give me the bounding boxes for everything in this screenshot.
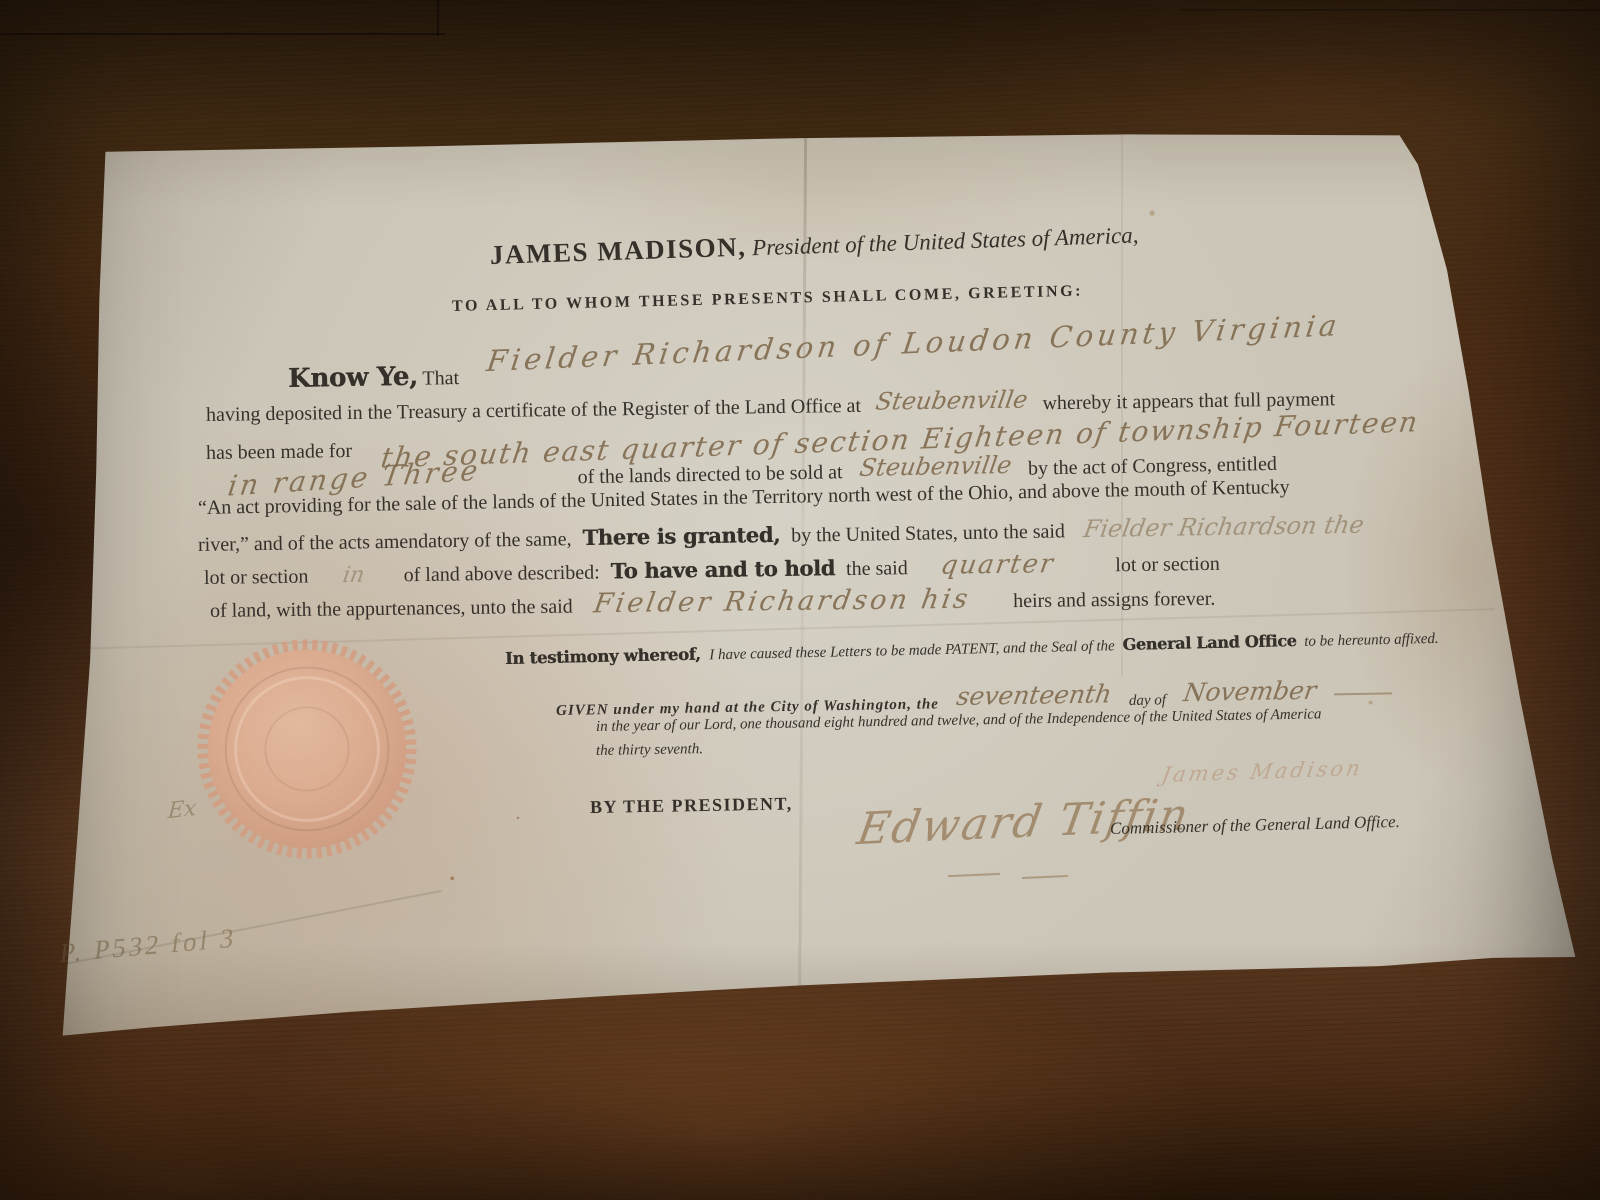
affixed-text: to be hereunto affixed. — [1304, 631, 1439, 650]
general-land-office-seal — [188, 626, 426, 868]
wood-plank-seam — [0, 33, 445, 35]
that-text: That — [422, 367, 459, 390]
appurtenances-text: of land, with the appurtenances, unto th… — [210, 596, 573, 622]
in-testimony-blackletter: In testimony whereof, — [505, 645, 701, 668]
made-for-text: has been made for — [206, 440, 352, 464]
handwritten-land-office-2: Steubenville — [857, 451, 1013, 482]
pen-flourish — [1334, 692, 1392, 695]
handwritten-grantee-2: Fielder Richardson the — [1082, 511, 1366, 543]
handwritten-land-office: Steubenville — [874, 385, 1030, 415]
there-is-granted-blackletter: There is granted, — [582, 522, 780, 550]
handwritten-seal-note: Ex — [167, 796, 197, 824]
lot-or-section-text-1: lot or section — [204, 566, 309, 589]
the-said-text: the said — [846, 557, 908, 580]
congress-text: by the act of Congress, entitled — [1028, 453, 1277, 480]
know-ye-line: Know Ye, That — [288, 361, 460, 394]
general-land-office-blackletter: General Land Office — [1122, 631, 1297, 654]
wood-plank-seam — [437, 0, 439, 36]
know-ye-blackletter: Know Ye, — [288, 362, 418, 394]
forever-text: heirs and assigns forever. — [1013, 588, 1215, 612]
described-text: of land above described: — [404, 561, 600, 586]
lot-or-section-text-2: lot or section — [1115, 553, 1220, 576]
unto-said-text: by the United States, unto the said — [791, 520, 1065, 546]
sold-at-text: of the lands directed to be sold at — [577, 461, 842, 488]
handwritten-in: in — [341, 563, 366, 588]
photo-stage: JAMES MADISON, President of the United S… — [0, 0, 1600, 1200]
by-the-president-label: BY THE PRESIDENT, — [590, 793, 793, 818]
given-line-3: the thirty seventh. — [596, 741, 703, 760]
wood-plank-seam — [1180, 9, 1600, 11]
to-have-and-hold-blackletter: To have and to hold — [610, 555, 835, 583]
handwritten-day: seventeenth — [954, 679, 1113, 711]
act-amendatory-text: river,” and of the acts amendatory of th… — [198, 528, 572, 556]
handwritten-grantee-3: Fielder Richardson his — [591, 584, 973, 620]
handwritten-month: November — [1181, 676, 1318, 707]
handwritten-quarter: quarter — [938, 549, 1056, 581]
day-of-text: day of — [1129, 692, 1166, 709]
